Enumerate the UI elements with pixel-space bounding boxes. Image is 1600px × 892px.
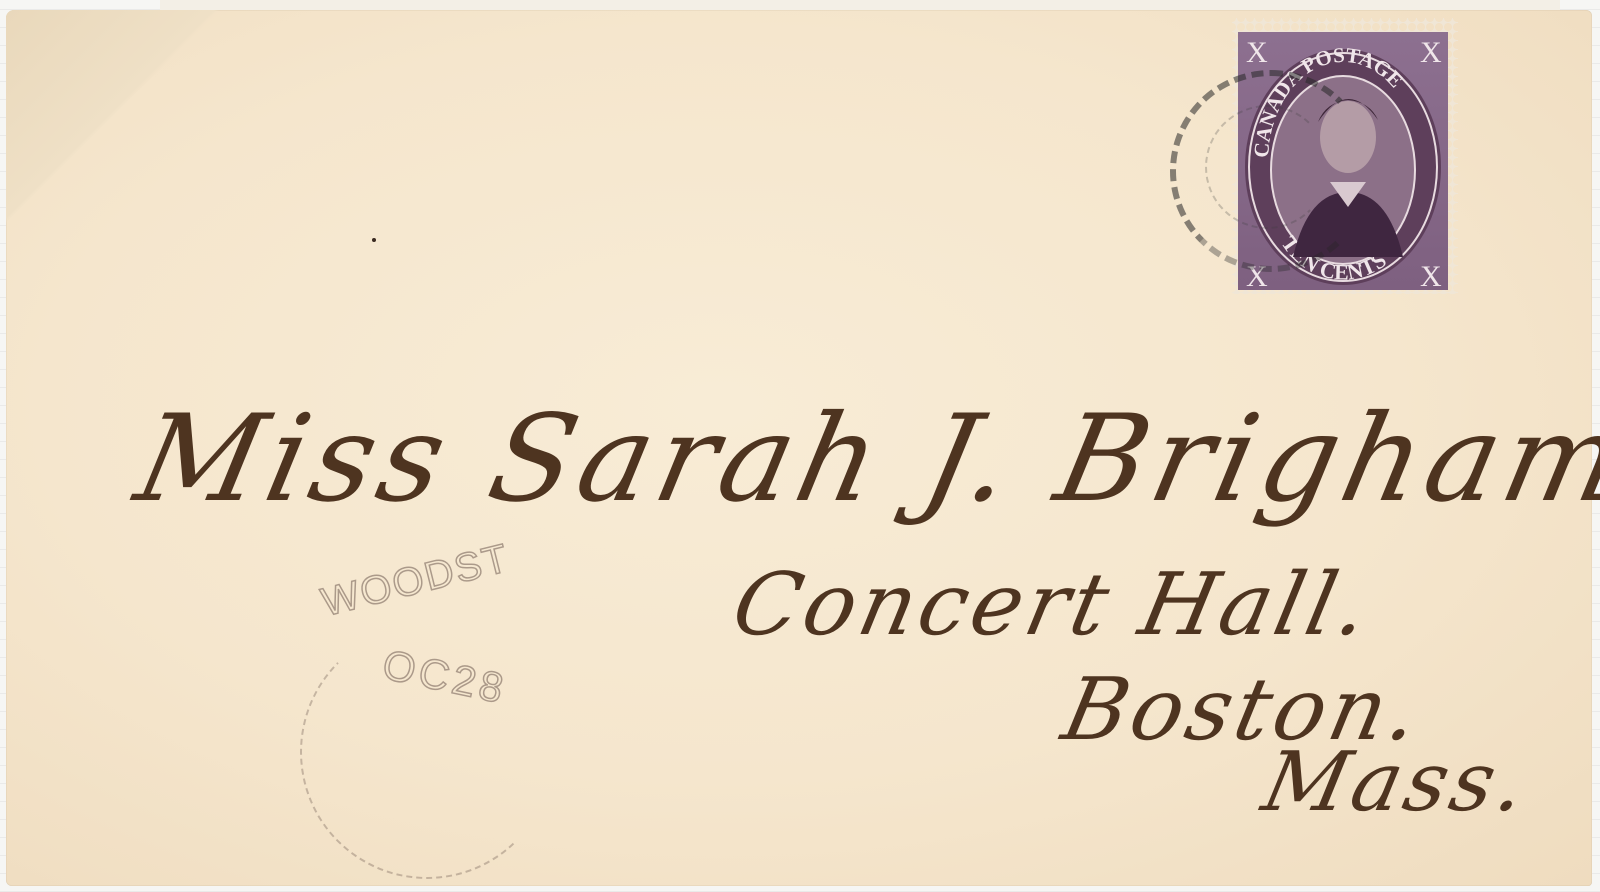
svg-text:X: X bbox=[1420, 36, 1442, 69]
svg-text:X: X bbox=[1420, 260, 1442, 290]
postmark: WOODST OC28 bbox=[300, 575, 600, 775]
target-cancel-inner-ring bbox=[1205, 105, 1329, 229]
svg-text:X: X bbox=[1246, 36, 1268, 69]
address-street: Concert Hall. bbox=[724, 555, 1381, 655]
address-recipient: Miss Sarah J. Brigham. bbox=[125, 390, 1600, 529]
ink-speck bbox=[372, 238, 376, 242]
envelope-flap-shadow bbox=[6, 10, 306, 230]
address-state: Mass. bbox=[1255, 735, 1538, 830]
